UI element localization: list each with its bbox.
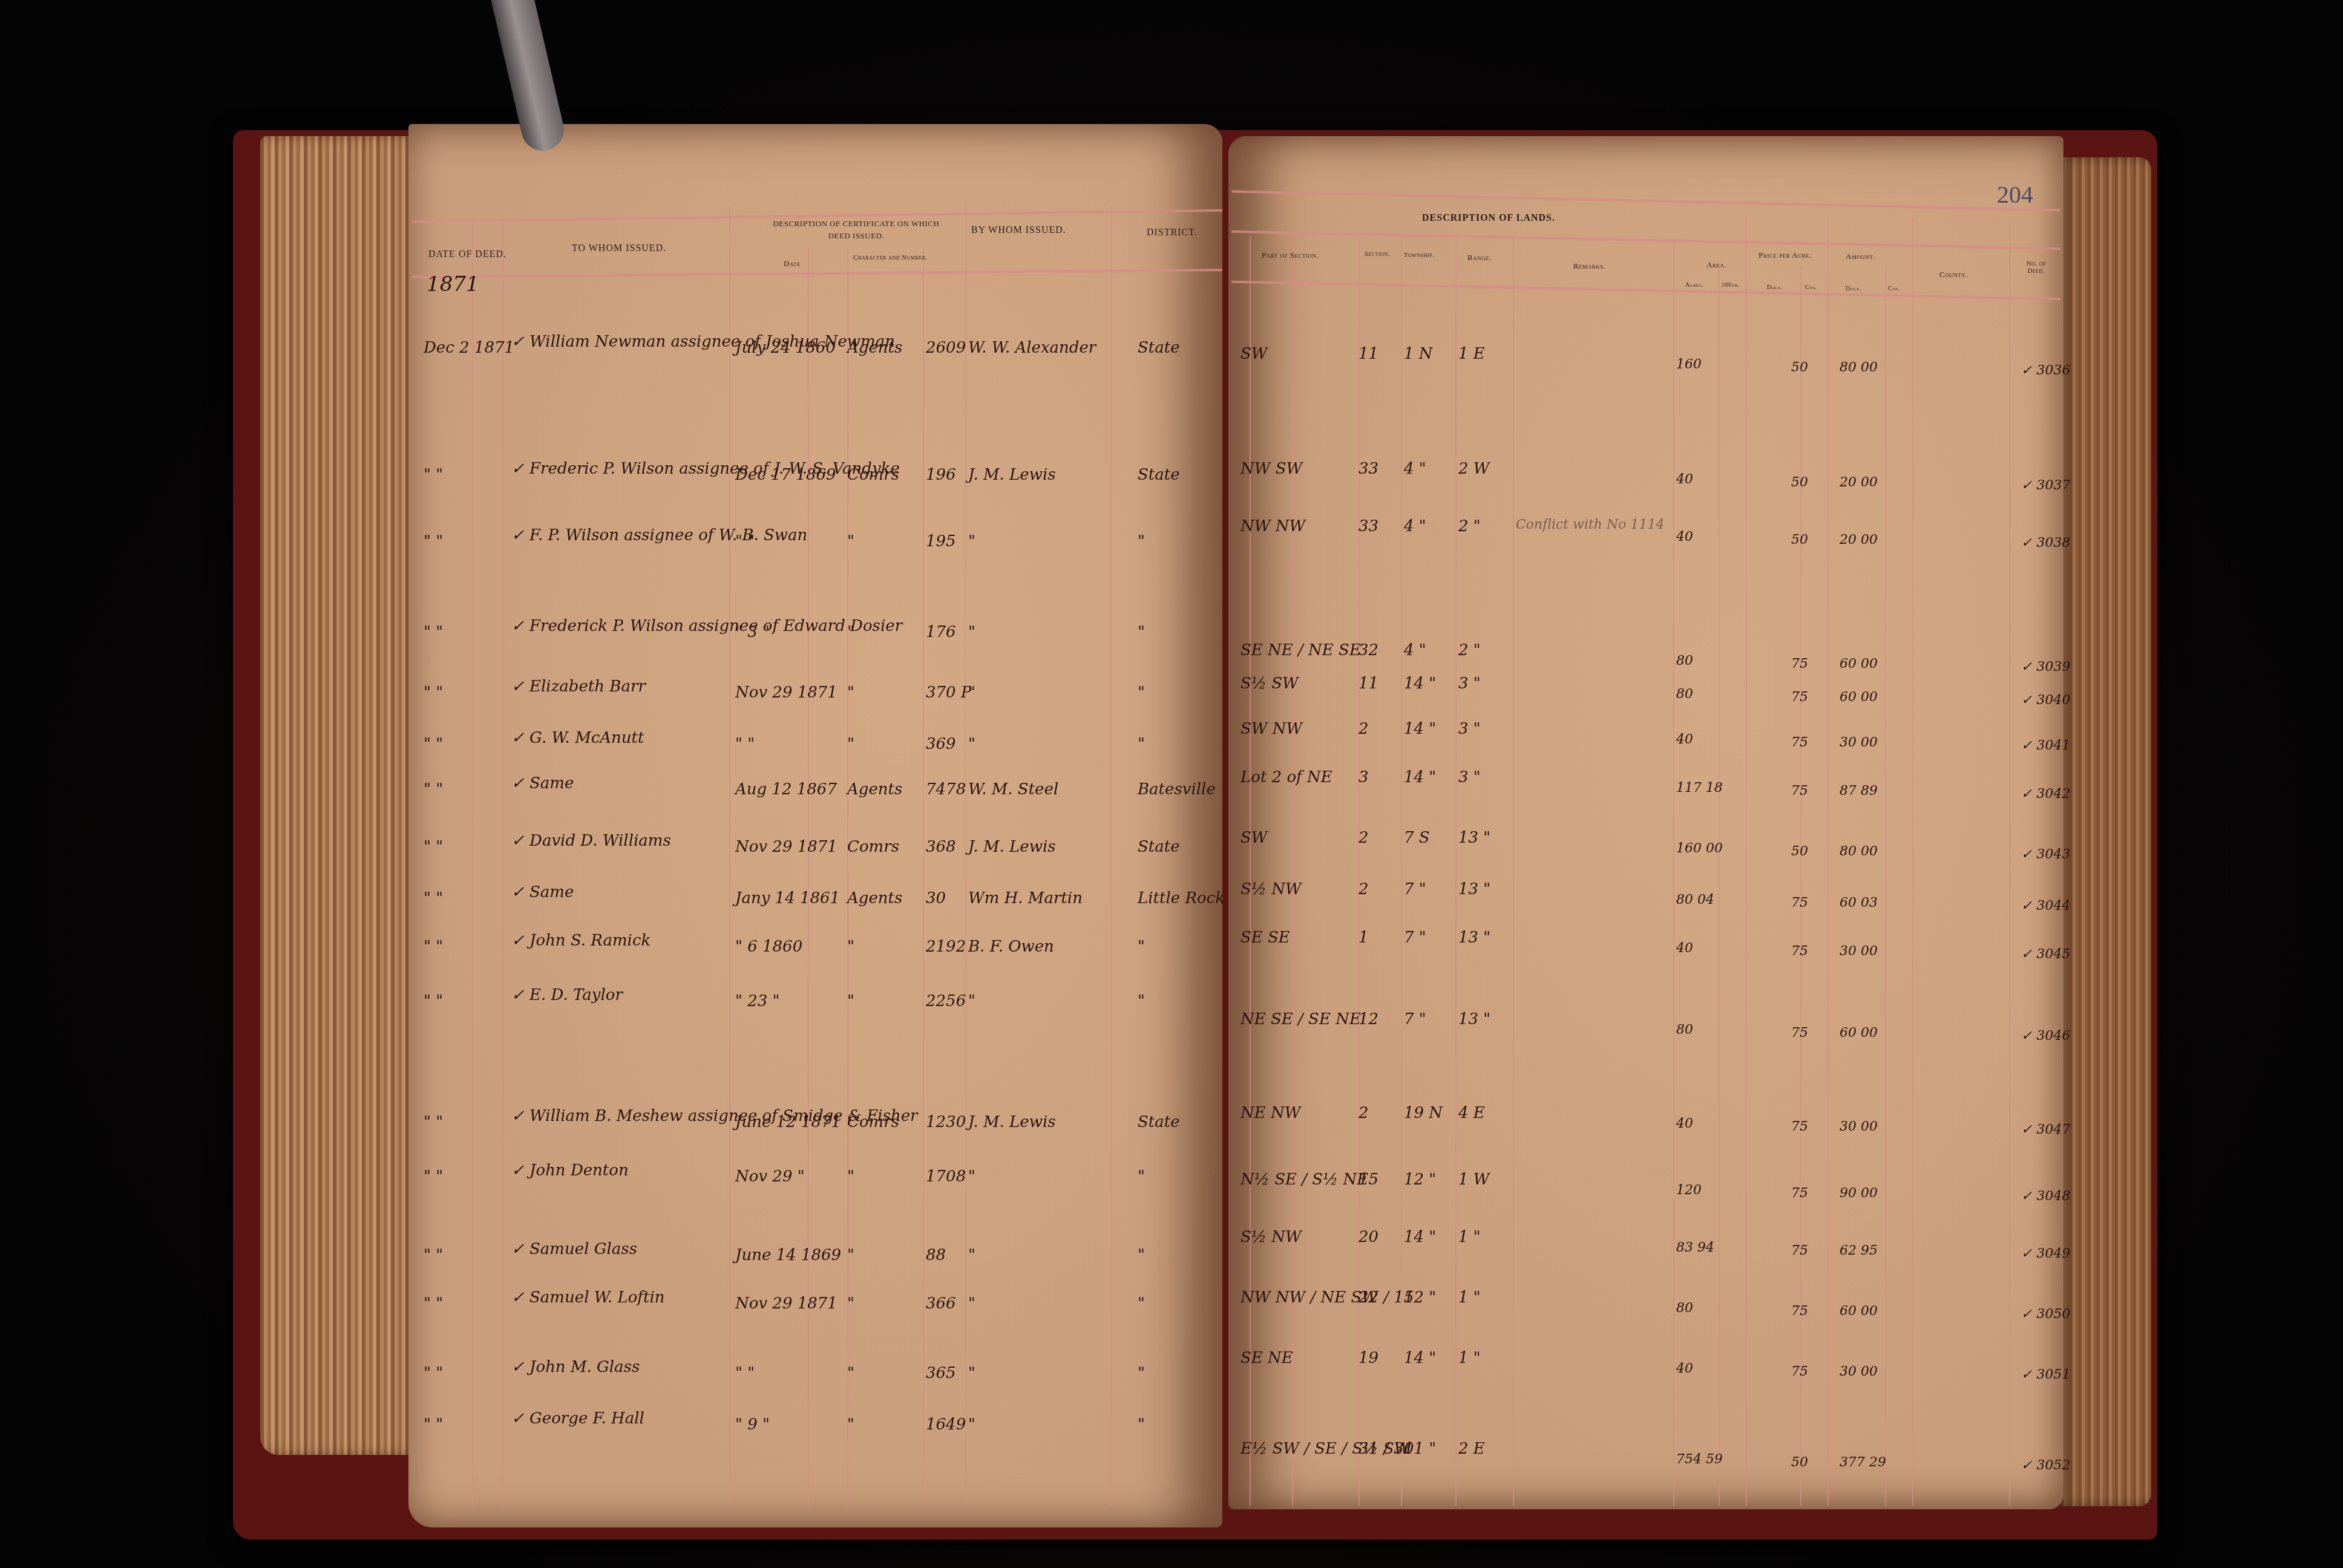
- entry-acres: 754 59: [1676, 1452, 1723, 1467]
- entry-to-whom: ✓ Same: [511, 774, 574, 792]
- entry-cert-date: " ": [735, 1364, 755, 1382]
- left-page-edges: [260, 136, 418, 1455]
- entry-cert-date: Jany 14 1861: [735, 889, 840, 907]
- entry-district: ": [1138, 938, 1145, 956]
- entry-acres: 160: [1676, 357, 1702, 372]
- entry-price: 75: [1791, 1304, 1808, 1319]
- entry-deed-date: " ": [424, 684, 443, 702]
- right-page-edges: [2060, 157, 2151, 1506]
- col-rule: [472, 218, 473, 1506]
- entry-acres: 80: [1676, 687, 1693, 702]
- entry-cert-number: 88: [926, 1246, 946, 1264]
- header-price-per-acre: Price per Acre.: [1758, 250, 1812, 260]
- entry-deed-number: ✓ 3043: [2021, 847, 2070, 862]
- entry-section: 20: [1358, 1228, 1378, 1246]
- entry-cert-date: " ": [735, 735, 755, 753]
- entry-price: 50: [1791, 532, 1808, 547]
- entry-to-whom: ✓ John S. Ramick: [511, 932, 650, 950]
- entry-price: 75: [1791, 690, 1808, 705]
- entry-acres: 40: [1676, 472, 1693, 487]
- header-by-whom-issued: BY WHOM ISSUED.: [971, 225, 1066, 236]
- entry-amount: 30 00: [1840, 1119, 1878, 1134]
- entry-district: ": [1138, 1416, 1145, 1434]
- entry-cert-number: 365: [926, 1364, 956, 1382]
- entry-cert-character: Agents: [847, 780, 902, 799]
- entry-amount: 20 00: [1840, 532, 1878, 547]
- entry-section: 12: [1358, 1010, 1378, 1028]
- entry-price: 50: [1791, 844, 1808, 859]
- entry-cert-number: 369: [926, 735, 956, 753]
- entry-township: 4 ": [1404, 641, 1426, 659]
- entry-range: 3 ": [1458, 675, 1481, 693]
- entry-cert-date: " 23 ": [735, 992, 780, 1010]
- entry-district: ": [1138, 532, 1145, 550]
- entry-price: 50: [1791, 360, 1808, 375]
- entry-to-whom: ✓ Elizabeth Barr: [511, 678, 646, 696]
- entry-cert-date: Aug 12 1867: [735, 780, 837, 799]
- entry-township: 14 ": [1404, 1228, 1436, 1246]
- col-rule: [923, 248, 924, 1506]
- entry-section: 1: [1358, 929, 1369, 947]
- entry-range: 1 W: [1458, 1171, 1490, 1189]
- entry-deed-number: ✓ 3037: [2021, 478, 2070, 493]
- entry-deed-number: ✓ 3052: [2021, 1458, 2070, 1473]
- entry-township: 14 ": [1404, 768, 1436, 786]
- entry-price: 50: [1791, 1455, 1808, 1470]
- entry-deed-number: ✓ 3050: [2021, 1307, 2070, 1322]
- header-part-of-section: Part of Section.: [1262, 250, 1319, 260]
- entry-cert-date: " 6 1860: [735, 938, 802, 956]
- entry-deed-date: " ": [424, 1295, 443, 1313]
- entry-part-of-section: NE SE / SE NE: [1240, 1010, 1361, 1028]
- entry-cert-date: " 3 ": [735, 623, 770, 641]
- entry-deed-number: ✓ 3042: [2021, 786, 2070, 802]
- entry-district: Little Rock: [1138, 889, 1225, 907]
- col-rule: [1800, 266, 1801, 1506]
- entry-amount: 80 00: [1840, 360, 1878, 375]
- col-rule: [2009, 224, 2010, 1506]
- entry-by-whom: W. M. Steel: [968, 780, 1058, 799]
- entry-to-whom: ✓ Samuel Glass: [511, 1240, 637, 1258]
- entry-part-of-section: NW SW: [1240, 460, 1302, 478]
- entry-amount: 60 00: [1840, 656, 1878, 671]
- entry-deed-date: " ": [424, 1168, 443, 1186]
- entry-part-of-section: NW NW: [1240, 517, 1305, 535]
- entry-by-whom: J. M. Lewis: [968, 838, 1056, 856]
- entry-township: 7 ": [1404, 929, 1426, 947]
- entry-deed-number: ✓ 3045: [2021, 947, 2070, 962]
- entry-to-whom: ✓ F. P. Wilson assignee of W. B. Swan: [511, 526, 807, 544]
- entry-cert-character: Comrs: [847, 838, 899, 856]
- header-no-of-deed: No. of Deed.: [2018, 260, 2054, 275]
- entry-district: State: [1138, 466, 1180, 484]
- entry-district: ": [1138, 1246, 1145, 1264]
- entry-by-whom: ": [968, 1364, 975, 1382]
- entry-deed-number: ✓ 3041: [2021, 738, 2070, 753]
- entry-range: 1 ": [1458, 1349, 1481, 1367]
- entry-township: 4 ": [1404, 517, 1426, 535]
- entry-range: 3 ": [1458, 768, 1481, 786]
- header-district: DISTRICT.: [1147, 227, 1198, 238]
- entry-part-of-section: SE NE: [1240, 1349, 1293, 1367]
- entry-township: 7 ": [1404, 1010, 1426, 1028]
- entry-district: ": [1138, 1295, 1145, 1313]
- entry-deed-number: ✓ 3047: [2021, 1122, 2070, 1137]
- col-rule: [965, 206, 966, 1506]
- header-cert-date: Date: [784, 259, 801, 269]
- entry-section: 33: [1358, 460, 1378, 478]
- entry-deed-date: " ": [424, 466, 443, 484]
- entry-amount: 90 00: [1840, 1186, 1878, 1201]
- entry-cert-number: 2256: [926, 992, 966, 1010]
- entry-price: 75: [1791, 1025, 1808, 1040]
- header-hundredths: 100th.: [1722, 282, 1740, 289]
- entry-township: 4 ": [1404, 460, 1426, 478]
- entry-deed-date: " ": [424, 780, 443, 799]
- entry-price: 75: [1791, 1119, 1808, 1134]
- entry-cert-date: June 12 1871: [735, 1113, 841, 1131]
- entry-cert-date: Nov 29 ": [735, 1168, 805, 1186]
- entry-to-whom: ✓ Samuel W. Loftin: [511, 1289, 665, 1307]
- entry-deed-number: ✓ 3039: [2021, 659, 2070, 675]
- entry-section: 2: [1358, 829, 1369, 847]
- entry-cert-number: 2609: [926, 339, 966, 357]
- header-amount: Amount.: [1846, 252, 1875, 261]
- entry-by-whom: Wm H. Martin: [968, 889, 1083, 907]
- entry-part-of-section: SW: [1240, 829, 1268, 847]
- entry-cert-date: Dec 17 1869: [735, 466, 836, 484]
- entry-cert-date: Nov 29 1871: [735, 684, 837, 702]
- entry-district: State: [1138, 838, 1180, 856]
- entry-by-whom: ": [968, 735, 975, 753]
- entry-part-of-section: NE NW: [1240, 1104, 1300, 1122]
- entry-cert-number: 196: [926, 466, 956, 484]
- header-certificate: DESCRIPTION OF CERTIFICATE ON WHICH DEED…: [765, 218, 947, 242]
- entry-range: 2 E: [1458, 1440, 1485, 1458]
- entry-part-of-section: SE SE: [1240, 929, 1290, 947]
- header-date-of-deed: DATE OF DEED.: [428, 249, 506, 260]
- entry-by-whom: ": [968, 1295, 975, 1313]
- entry-by-whom: ": [968, 623, 975, 641]
- entry-township: 12 ": [1404, 1171, 1436, 1189]
- entry-deed-date: Dec 2 1871: [424, 339, 514, 357]
- year-heading: 1871: [427, 272, 479, 296]
- entry-section: 11: [1358, 345, 1378, 363]
- entry-part-of-section: S½ NW: [1240, 1228, 1302, 1246]
- entry-by-whom: ": [968, 992, 975, 1010]
- entry-cert-date: June 14 1869: [735, 1246, 841, 1264]
- entry-township: 7 S: [1404, 829, 1430, 847]
- col-rule: [1250, 236, 1251, 1506]
- page-number: 204: [1997, 180, 2033, 209]
- entry-acres: 40: [1676, 941, 1693, 956]
- entry-district: Batesville: [1138, 780, 1216, 799]
- entry-cert-number: 195: [926, 532, 956, 550]
- entry-section: 19: [1358, 1349, 1378, 1367]
- header-township: Township.: [1404, 252, 1434, 259]
- entry-township: 7 ": [1404, 880, 1426, 898]
- header-range: Range.: [1467, 253, 1492, 263]
- entry-section: 2: [1358, 880, 1369, 898]
- col-rule: [1358, 236, 1360, 1506]
- col-rule: [1673, 242, 1674, 1506]
- entry-cert-character: ": [847, 532, 854, 550]
- entry-part-of-section: SE NE / NE SE: [1240, 641, 1361, 659]
- entry-range: 13 ": [1458, 829, 1490, 847]
- entry-cert-character: ": [847, 1168, 854, 1186]
- entry-range: 13 ": [1458, 929, 1490, 947]
- entry-cert-number: 2192: [926, 938, 966, 956]
- entry-part-of-section: NW NW / NE SW: [1240, 1289, 1378, 1307]
- entry-by-whom: J. M. Lewis: [968, 1113, 1056, 1131]
- entry-amount: 20 00: [1840, 475, 1878, 490]
- entry-deed-number: ✓ 3048: [2021, 1189, 2070, 1204]
- entry-acres: 83 94: [1676, 1240, 1714, 1255]
- entry-amount: 60 00: [1840, 1304, 1878, 1319]
- entry-cert-number: 370 P: [926, 684, 971, 702]
- entry-amount: 60 00: [1840, 1025, 1878, 1040]
- entry-section: 2: [1358, 720, 1369, 738]
- col-rule: [1110, 206, 1112, 1506]
- entry-section: 3: [1358, 768, 1369, 786]
- entry-amount: 30 00: [1840, 944, 1878, 959]
- header-cert-character: Character and Number.: [853, 254, 928, 261]
- col-rule: [847, 248, 848, 1506]
- entry-price: 75: [1791, 783, 1808, 799]
- entry-deed-date: " ": [424, 735, 443, 753]
- entry-township: 19 N: [1404, 1104, 1443, 1122]
- entry-deed-number: ✓ 3044: [2021, 898, 2070, 913]
- entry-township: 11 ": [1404, 1440, 1436, 1458]
- entry-by-whom: ": [968, 1168, 975, 1186]
- entry-acres: 80: [1676, 653, 1693, 668]
- entry-acres: 160 00: [1676, 841, 1723, 856]
- entry-district: ": [1138, 623, 1145, 641]
- entry-range: 4 E: [1458, 1104, 1485, 1122]
- entry-cert-date: " 9 ": [735, 1416, 770, 1434]
- entry-cert-date: " ": [735, 532, 755, 550]
- entry-part-of-section: SW NW: [1240, 720, 1302, 738]
- header-county: County.: [1939, 270, 1968, 279]
- entry-section: 11: [1358, 675, 1378, 693]
- entry-deed-date: " ": [424, 889, 443, 907]
- entry-cert-character: ": [847, 992, 854, 1010]
- entry-deed-date: " ": [424, 1113, 443, 1131]
- entry-by-whom: B. F. Owen: [968, 938, 1054, 956]
- entry-price: 75: [1791, 656, 1808, 671]
- entry-cert-character: ": [847, 684, 854, 702]
- entry-section: 15: [1358, 1171, 1378, 1189]
- entry-price: 75: [1791, 735, 1808, 750]
- entry-acres: 120: [1676, 1183, 1702, 1198]
- entry-township: 14 ": [1404, 720, 1436, 738]
- entry-deed-number: ✓ 3040: [2021, 693, 2070, 708]
- entry-to-whom: ✓ John M. Glass: [511, 1358, 640, 1376]
- entry-to-whom: ✓ Frederic P. Wilson assignee of J. W. S…: [511, 460, 900, 478]
- entry-by-whom: J. M. Lewis: [968, 466, 1056, 484]
- entry-price: 75: [1791, 895, 1808, 910]
- entry-district: ": [1138, 684, 1145, 702]
- header-acres: Acres.: [1685, 282, 1703, 289]
- entry-price: 75: [1791, 1364, 1808, 1379]
- entry-amount: 80 00: [1840, 844, 1878, 859]
- entry-cert-character: ": [847, 1246, 854, 1264]
- entry-by-whom: W. W. Alexander: [968, 339, 1096, 357]
- entry-cert-character: ": [847, 1416, 854, 1434]
- entry-acres: 80: [1676, 1301, 1693, 1316]
- entry-deed-date: " ": [424, 992, 443, 1010]
- entry-deed-date: " ": [424, 938, 443, 956]
- entry-amount: 30 00: [1840, 1364, 1878, 1379]
- entry-price: 75: [1791, 944, 1808, 959]
- entry-amount: 60 03: [1840, 895, 1878, 910]
- entry-cert-date: July 24 1860: [735, 339, 836, 357]
- entry-to-whom: ✓ John Denton: [511, 1161, 629, 1180]
- header-remarks: Remarks.: [1573, 261, 1605, 271]
- entry-cert-number: 368: [926, 838, 956, 856]
- entry-range: 1 ": [1458, 1289, 1481, 1307]
- col-rule: [1455, 236, 1457, 1506]
- entry-cert-character: ": [847, 938, 854, 956]
- entry-part-of-section: SW: [1240, 345, 1268, 363]
- entry-deed-number: ✓ 3051: [2021, 1367, 2070, 1382]
- col-rule: [1827, 218, 1829, 1506]
- entry-to-whom: ✓ George F. Hall: [511, 1410, 644, 1428]
- entry-cert-character: ": [847, 1364, 854, 1382]
- entry-range: 2 ": [1458, 517, 1481, 535]
- entry-deed-date: " ": [424, 1416, 443, 1434]
- entry-cert-character: ": [847, 623, 854, 641]
- entry-cert-number: 30: [926, 889, 946, 907]
- col-rule: [729, 206, 730, 1506]
- header-price-cts: Cts.: [1805, 284, 1817, 291]
- entry-deed-number: ✓ 3036: [2021, 363, 2070, 378]
- entry-township: 14 ": [1404, 1349, 1436, 1367]
- entry-deed-number: ✓ 3049: [2021, 1246, 2070, 1261]
- header-to-whom-issued: TO WHOM ISSUED.: [572, 243, 666, 254]
- entry-township: 14 ": [1404, 675, 1436, 693]
- entry-amount: 377 29: [1840, 1455, 1886, 1470]
- entry-cert-number: 1230: [926, 1113, 966, 1131]
- col-rule: [1912, 218, 1913, 1506]
- col-rule: [1885, 266, 1886, 1506]
- entry-by-whom: ": [968, 532, 975, 550]
- entry-part-of-section: Lot 2 of NE: [1240, 768, 1332, 786]
- header-amount-dols: Dols.: [1846, 286, 1861, 292]
- entry-to-whom: ✓ Frederick P. Wilson assignee of Edward…: [511, 617, 902, 635]
- header-description-of-lands: DESCRIPTION OF LANDS.: [1422, 213, 1555, 224]
- entry-deed-date: " ": [424, 1246, 443, 1264]
- entry-to-whom: ✓ E. D. Taylor: [511, 986, 623, 1004]
- col-rule: [502, 218, 503, 1506]
- col-rule: [1513, 236, 1514, 1506]
- entry-cert-number: 1708: [926, 1168, 966, 1186]
- entry-deed-date: " ": [424, 532, 443, 550]
- entry-district: State: [1138, 339, 1180, 357]
- entry-part-of-section: N½ SE / S½ NE: [1240, 1171, 1368, 1189]
- entry-amount: 60 00: [1840, 690, 1878, 705]
- entry-range: 13 ": [1458, 880, 1490, 898]
- entry-district: ": [1138, 992, 1145, 1010]
- entry-cert-character: ": [847, 1295, 854, 1313]
- entry-by-whom: ": [968, 684, 975, 702]
- entry-amount: 62 95: [1840, 1243, 1878, 1258]
- col-rule: [1746, 218, 1747, 1506]
- entry-range: 3 ": [1458, 720, 1481, 738]
- header-section: Section.: [1365, 250, 1390, 258]
- entry-deed-number: ✓ 3038: [2021, 535, 2070, 550]
- entry-acres: 80: [1676, 1022, 1693, 1037]
- entry-section: 32: [1358, 641, 1378, 659]
- entry-section: 33: [1358, 517, 1378, 535]
- entry-cert-character: Comrs: [847, 466, 899, 484]
- col-rule: [1401, 236, 1402, 1506]
- entry-acres: 40: [1676, 529, 1693, 544]
- entry-deed-number: ✓ 3046: [2021, 1028, 2070, 1044]
- entry-cert-number: 1649: [926, 1416, 966, 1434]
- entry-to-whom: ✓ David D. Williams: [511, 832, 671, 850]
- entry-acres: 80 04: [1676, 892, 1714, 907]
- entry-by-whom: ": [968, 1246, 975, 1264]
- entry-cert-character: ": [847, 735, 854, 753]
- entry-deed-date: " ": [424, 1364, 443, 1382]
- entry-amount: 87 89: [1840, 783, 1878, 799]
- entry-cert-character: Agents: [847, 339, 902, 357]
- entry-township: 1 N: [1404, 345, 1433, 363]
- col-rule: [808, 248, 809, 1506]
- entry-range: 2 ": [1458, 641, 1481, 659]
- entry-district: ": [1138, 735, 1145, 753]
- entry-to-whom: ✓ William Newman assignee of Joshua Newm…: [511, 333, 895, 351]
- entry-township: 12 ": [1404, 1289, 1436, 1307]
- entry-remarks: Conflict with No 1114: [1516, 517, 1664, 532]
- header-area: Area.: [1706, 260, 1726, 270]
- entry-district: State: [1138, 1113, 1180, 1131]
- entry-cert-character: Comrs: [847, 1113, 899, 1131]
- entry-to-whom: ✓ G. W. McAnutt: [511, 729, 644, 747]
- header-amount-cts: Cts.: [1888, 286, 1899, 292]
- col-rule: [1292, 236, 1293, 1506]
- entry-section: 2: [1358, 1104, 1369, 1122]
- entry-acres: 40: [1676, 1361, 1693, 1376]
- entry-deed-date: " ": [424, 623, 443, 641]
- entry-range: 1 ": [1458, 1228, 1481, 1246]
- entry-acres: 40: [1676, 1116, 1693, 1131]
- entry-acres: 40: [1676, 732, 1693, 747]
- entry-price: 75: [1791, 1243, 1808, 1258]
- entry-range: 1 E: [1458, 345, 1485, 363]
- entry-cert-character: Agents: [847, 889, 902, 907]
- entry-cert-date: Nov 29 1871: [735, 838, 837, 856]
- entry-deed-date: " ": [424, 838, 443, 856]
- entry-cert-number: 366: [926, 1295, 956, 1313]
- entry-part-of-section: S½ SW: [1240, 675, 1299, 693]
- entry-district: ": [1138, 1168, 1145, 1186]
- entry-amount: 30 00: [1840, 735, 1878, 750]
- entry-cert-date: Nov 29 1871: [735, 1295, 837, 1313]
- entry-cert-number: 7478: [926, 780, 966, 799]
- header-price-dols: Dols.: [1767, 284, 1782, 291]
- entry-by-whom: ": [968, 1416, 975, 1434]
- entry-acres: 117 18: [1676, 780, 1723, 795]
- entry-price: 50: [1791, 475, 1808, 490]
- entry-part-of-section: S½ NW: [1240, 880, 1302, 898]
- entry-range: 2 W: [1458, 460, 1490, 478]
- entry-range: 13 ": [1458, 1010, 1490, 1028]
- col-rule: [1719, 266, 1720, 1506]
- entry-cert-number: 176: [926, 623, 956, 641]
- entry-to-whom: ✓ Same: [511, 883, 574, 901]
